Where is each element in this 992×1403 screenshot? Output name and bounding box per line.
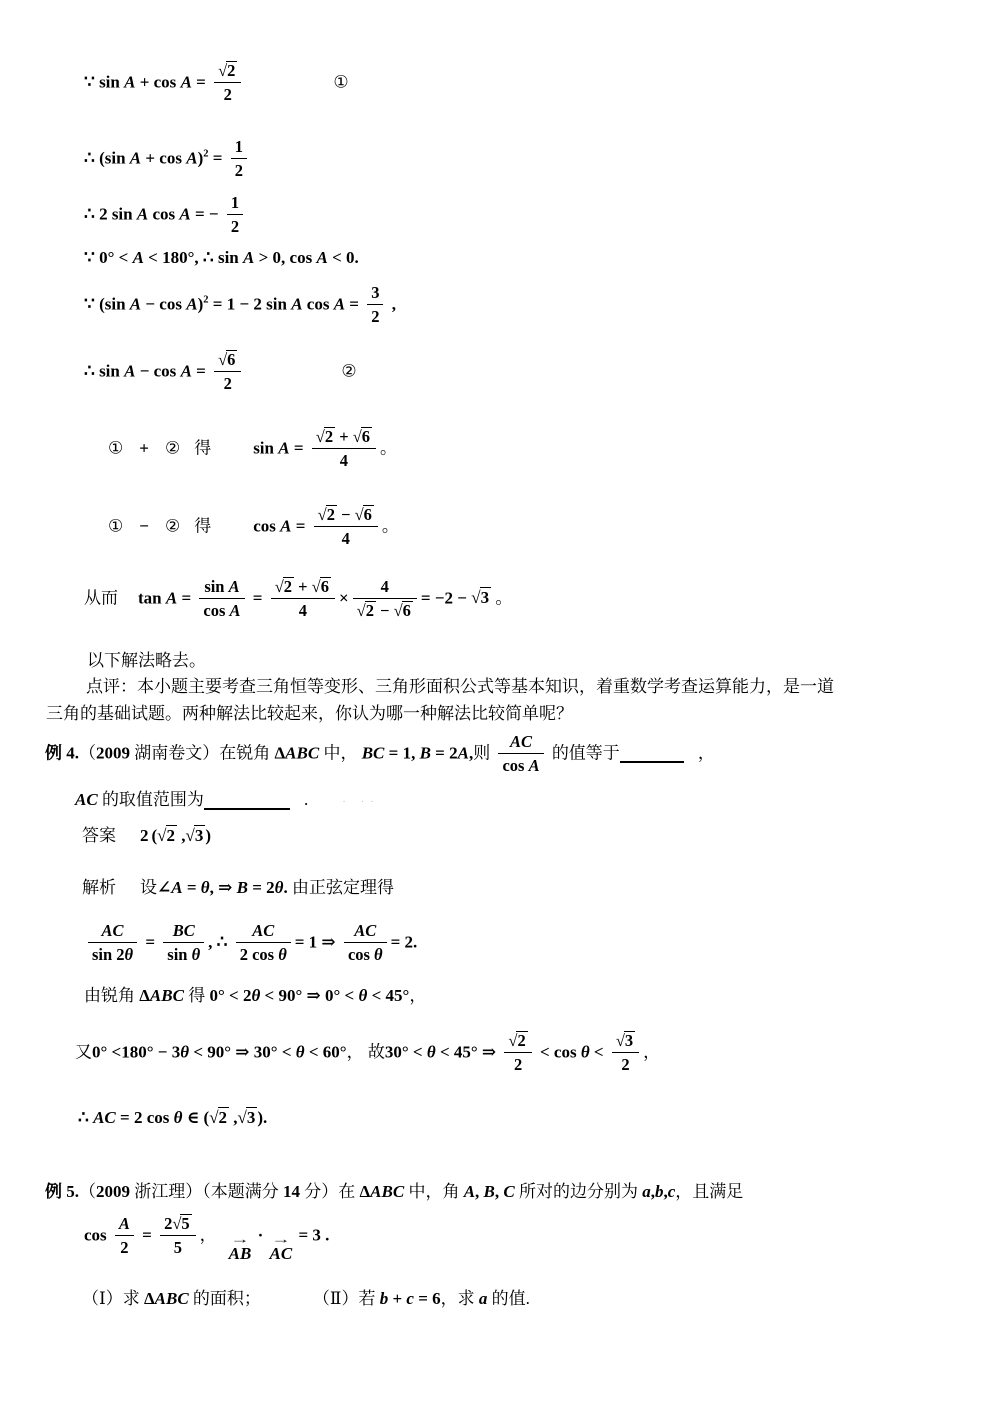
fraction-denominator: 2 — [367, 304, 383, 328]
fraction: √32 — [612, 1030, 639, 1077]
text-run: 分）在 — [304, 1182, 359, 1201]
math-text: 2009 — [96, 1182, 134, 1201]
math-text: > 0, cos — [254, 248, 316, 267]
fraction-denominator: √2 − √6 — [353, 598, 417, 622]
math-variable: θ — [374, 945, 383, 964]
spacer — [217, 1239, 227, 1240]
text-run: 由正弦定理得 — [288, 878, 394, 897]
math-variable: A — [124, 72, 135, 91]
fraction-numerator: √2 — [504, 1030, 531, 1052]
fraction-denominator: 2 — [115, 1235, 134, 1259]
fraction-denominator: 4 — [314, 526, 378, 550]
eq-square-diff: ∵ (sin A − cos A)2 = 1 − 2 sin A cos A =… — [84, 282, 396, 329]
fraction: 12 — [231, 136, 247, 183]
math-variable: θ — [192, 945, 201, 964]
math-text: = — [138, 1225, 156, 1244]
fraction-numerator: BC — [163, 920, 204, 942]
sqrt-radical: √2 — [275, 576, 294, 597]
math-text: + — [335, 427, 353, 446]
math-text: ∵ 0° < — [84, 248, 133, 267]
math-variable: θ — [581, 1042, 590, 1061]
math-variable: A — [130, 294, 141, 313]
spacer — [116, 892, 140, 893]
sqrt-radical: √3 — [238, 1107, 258, 1129]
math-text: cos — [148, 204, 179, 223]
math-variable: c — [406, 1289, 414, 1308]
math-text: cos — [303, 294, 334, 313]
math-text: 2009 — [96, 743, 134, 762]
spacer — [290, 804, 304, 805]
math-text: ∴ 2 sin — [84, 204, 137, 223]
math-text: cos — [84, 1225, 111, 1244]
fraction-denominator: cos θ — [344, 942, 387, 966]
math-variable: θ — [180, 1042, 189, 1061]
text-run: ② — [165, 438, 180, 457]
eq-square-sum: ∴ (sin A + cos A)2 = 12 — [84, 136, 251, 183]
example4-answer: 答案2(√2 ,√3) — [82, 825, 211, 847]
text-run: 。 — [491, 588, 512, 607]
math-text: + — [388, 1289, 406, 1308]
math-text: ) — [205, 826, 211, 845]
math-text: < — [590, 1042, 608, 1061]
math-text: ∵ sin — [84, 72, 124, 91]
fraction-denominator: 4 — [312, 448, 376, 472]
example4-stem: 例 4.（2009 湖南卷文）在锐角 ΔABC 中， BC = 1, B = 2… — [45, 731, 715, 778]
math-text: 2 — [371, 307, 379, 326]
spacer — [211, 452, 253, 453]
math-text: , — [177, 826, 186, 845]
radicand: 6 — [402, 601, 413, 620]
math-variable: C — [503, 1182, 514, 1201]
radicand: 2 — [326, 505, 337, 524]
fraction-denominator: sin 2θ — [88, 942, 137, 966]
math-text: = 2 cos — [116, 1108, 174, 1127]
sqrt-radical: √5 — [172, 1213, 191, 1234]
math-variable: ABC — [370, 1182, 404, 1201]
fraction: AC2 cos θ — [236, 920, 291, 967]
math-text: 2 — [224, 374, 232, 393]
fraction-numerator: 4 — [353, 576, 417, 598]
math-variable: A — [181, 72, 192, 91]
sqrt-radical: √6 — [218, 349, 237, 370]
math-text: 2 — [140, 826, 149, 845]
math-variable: θ — [278, 945, 287, 964]
math-variable: A — [458, 743, 469, 762]
text-run: ① — [333, 72, 348, 91]
fraction-denominator: 2 — [231, 158, 247, 182]
math-variable: BC — [362, 743, 385, 762]
math-text: < 0. — [328, 248, 359, 267]
math-text: ∴ — [78, 1108, 93, 1127]
sqrt-radical: √2 — [157, 825, 177, 847]
sqrt-radical: √2 — [209, 1107, 229, 1129]
math-text: Δ — [275, 743, 286, 762]
text-run: 得 — [184, 986, 210, 1005]
vector: →AB — [229, 1236, 252, 1262]
text-run: （Ⅱ）若 — [313, 1289, 380, 1308]
math-text: = 2 — [248, 878, 275, 897]
math-variable: a — [642, 1182, 651, 1201]
eq-ac-conclusion: ∴ AC = 2 cos θ ∈ (√2 ,√3). — [78, 1107, 267, 1129]
text-run: 中， — [319, 743, 362, 762]
sqrt-radical: √2 — [318, 504, 337, 525]
faint-marks: · ·· — [342, 796, 380, 808]
text-run: . — [304, 790, 308, 809]
eq-solve-sin: ①+②得sin A = √2 + √64。 — [108, 426, 397, 473]
math-text: tan — [138, 588, 166, 607]
radicand: 2 — [283, 577, 294, 596]
fraction-denominator: 5 — [160, 1235, 196, 1259]
math-text: < cos — [536, 1042, 581, 1061]
math-variable: ABC — [150, 986, 184, 1005]
math-text: ∵ (sin — [84, 294, 130, 313]
spacer — [180, 452, 194, 453]
math-text: = 1 ⇒ — [295, 932, 340, 951]
radicand: 3 — [480, 587, 492, 607]
text-run: （ — [79, 743, 96, 762]
sqrt-radical: √2 — [357, 600, 376, 621]
math-text: + — [294, 577, 312, 596]
math-text: , ⇒ — [210, 878, 237, 897]
math-variable: A — [124, 361, 135, 380]
sqrt-radical: √6 — [353, 426, 372, 447]
radicand: 2 — [166, 825, 178, 845]
text-run: 浙江理）（本题满分 — [134, 1182, 283, 1201]
math-text: = — [290, 438, 308, 457]
text-run: ② — [341, 361, 356, 380]
math-text: + cos — [135, 72, 180, 91]
math-text: = — [291, 516, 309, 535]
fraction-denominator: 4 — [271, 598, 335, 622]
document-page: ∵ sin A + cos A = √22①∴ (sin A + cos A)2… — [0, 0, 992, 1403]
spacer — [149, 530, 165, 531]
math-text: = — [183, 878, 201, 897]
math-text: sin — [204, 577, 228, 596]
math-text: − cos — [135, 361, 180, 380]
math-variable: AC — [102, 921, 124, 940]
math-text: − — [337, 505, 355, 524]
fraction: √2 + √64 — [271, 576, 335, 623]
math-text: = 2. — [391, 932, 418, 951]
fraction-numerator: 2√5 — [160, 1213, 196, 1235]
math-text: 2 — [224, 85, 232, 104]
spacer — [684, 757, 698, 758]
math-variable: A — [278, 438, 289, 457]
text-run: ， — [698, 743, 715, 762]
text-run: 的值等于 — [548, 743, 620, 762]
math-text: 2 — [621, 1055, 629, 1074]
fraction-numerator: AC — [88, 920, 137, 942]
eq-acute-range-2: 又0° <180° − 3θ < 90° ⇒ 30° < θ < 60°， 故3… — [75, 1030, 660, 1077]
eq-sine-rule: ACsin 2θ = BCsin θ, ∴ AC2 cos θ= 1 ⇒ ACc… — [84, 920, 417, 967]
math-variable: θ — [251, 986, 260, 1005]
math-text: 0° <180° − 3 — [92, 1042, 180, 1061]
eq-acute-range-1: 由锐角 ΔABC 得 0° < 2θ < 90° ⇒ 0° < θ < 45°， — [84, 985, 426, 1007]
math-text: 1 — [231, 193, 239, 212]
math-text: , ∴ — [208, 932, 232, 951]
math-text: − cos — [141, 294, 186, 313]
fraction: √2 − √64 — [314, 504, 378, 551]
math-text: 4 — [340, 451, 348, 470]
math-text: cos — [502, 756, 528, 775]
math-text: < 180°, ∴ sin — [144, 248, 243, 267]
radicand: 3 — [624, 1031, 635, 1050]
fraction: ACsin 2θ — [88, 920, 137, 967]
fraction-numerator: sin A — [199, 576, 244, 598]
fraction-numerator: 1 — [227, 192, 243, 214]
math-text: = 1, — [384, 743, 419, 762]
text-run: ① — [108, 438, 123, 457]
spacer — [149, 452, 165, 453]
fraction: ACcos θ — [344, 920, 387, 967]
math-variable: A — [230, 601, 241, 620]
math-text: = — [192, 361, 210, 380]
text-run: 的面积； — [189, 1289, 261, 1308]
math-variable: A — [133, 248, 144, 267]
text-run: 得 — [194, 438, 211, 457]
math-text: cos — [348, 945, 374, 964]
math-variable: θ — [359, 986, 368, 1005]
text-run: ， — [200, 1225, 217, 1244]
radicand: 2 — [324, 427, 335, 446]
radicand: 2 — [516, 1031, 527, 1050]
math-text: − — [376, 601, 394, 620]
math-text: 4 — [299, 601, 307, 620]
math-text: cos — [253, 516, 280, 535]
math-variable: ABC — [285, 743, 319, 762]
math-variable: A — [280, 516, 291, 535]
text-run: 。 — [382, 516, 399, 535]
fraction-denominator: 2 — [612, 1052, 639, 1076]
math-text: sin — [253, 438, 278, 457]
radicand: 6 — [363, 505, 374, 524]
example4-stem-cont: AC 的取值范围为.· ·· — [75, 789, 380, 811]
math-text: < 90° ⇒ 0° < — [260, 986, 358, 1005]
fraction-numerator: AC — [236, 920, 291, 942]
fraction-numerator: AC — [344, 920, 387, 942]
math-text: 例 4. — [45, 743, 79, 762]
math-text: ∈ ( — [182, 1108, 209, 1127]
sqrt-radical: √6 — [394, 600, 413, 621]
math-text: 0° < 2 — [209, 986, 251, 1005]
math-text: 2 — [235, 161, 243, 180]
sqrt-radical: √3 — [471, 587, 491, 609]
spacer — [245, 375, 341, 376]
math-text: + cos — [141, 148, 186, 167]
eq-solve-tan: 从而tan A = sin Acos A = √2 + √64×4√2 − √6… — [84, 576, 512, 623]
radicand: 5 — [180, 1214, 191, 1233]
fraction-numerator: √3 — [612, 1030, 639, 1052]
text-run: ② — [165, 516, 180, 535]
math-variable: AC — [510, 732, 532, 751]
math-text: , — [229, 1108, 238, 1127]
fraction: √2 + √64 — [312, 426, 376, 473]
fraction-denominator: sin θ — [163, 942, 204, 966]
eq-given-sum: ∵ sin A + cos A = √22① — [84, 60, 349, 107]
eq-product: ∴ 2 sin A cos A = − 12 — [84, 192, 247, 239]
math-variable: A — [243, 248, 254, 267]
math-text: 14 — [283, 1182, 304, 1201]
radicand: 3 — [246, 1107, 258, 1127]
text-run: 所对的边分别为 — [515, 1182, 643, 1201]
eq-sign-analysis: ∵ 0° < A < 180°, ∴ sin A > 0, cos A < 0. — [84, 247, 359, 269]
text-run: 从而 — [84, 588, 118, 607]
math-text: < 60° — [305, 1042, 347, 1061]
fraction-numerator: 1 — [231, 136, 247, 158]
text-run: 又 — [75, 1042, 92, 1061]
example5-condition: cos A2 = 2√55，→AB · →AC = 3 . — [84, 1213, 329, 1262]
math-variable: AC — [75, 790, 98, 809]
math-text: = — [141, 932, 159, 951]
fraction-denominator: 2 — [214, 82, 241, 106]
radicand: 2 — [365, 601, 376, 620]
radicand: 2 — [226, 61, 237, 80]
math-variable: A — [229, 577, 240, 596]
math-text: Δ — [144, 1289, 155, 1308]
math-variable: B — [237, 878, 248, 897]
math-text: 3 — [371, 283, 379, 302]
fraction-numerator: √6 — [214, 349, 241, 371]
fraction-numerator: AC — [498, 731, 543, 753]
math-text: < 90° ⇒ 30° < — [189, 1042, 296, 1061]
math-variable: AC — [252, 921, 274, 940]
vector-arrow-icon: → — [271, 1236, 290, 1243]
math-text: ). — [257, 1108, 267, 1127]
answer-blank — [204, 793, 290, 810]
text-run: ，且满足 — [675, 1182, 743, 1201]
fraction-numerator: √2 + √6 — [271, 576, 335, 598]
fraction-denominator: 2 — [227, 214, 243, 238]
text-run: 则 — [473, 743, 494, 762]
text-run: 以下解法略去。 — [87, 651, 206, 670]
math-text: 2 — [120, 1238, 128, 1257]
math-text: = — [209, 148, 227, 167]
answer-blank — [620, 746, 684, 763]
math-variable: ABC — [155, 1289, 189, 1308]
text-run: 答案 — [82, 826, 116, 845]
comment-line-1: 点评：本小题主要考查三角恒等变形、三角形面积公式等基本知识，着重数学考查运算能力… — [86, 676, 834, 698]
math-variable: A — [186, 148, 197, 167]
text-run: 点评：本小题主要考查三角恒等变形、三角形面积公式等基本知识，着重数学考查运算能力… — [86, 677, 834, 696]
text-run: ，求 — [441, 1289, 479, 1308]
math-variable: A — [179, 204, 190, 223]
spacer — [308, 804, 342, 805]
text-run: 设 — [140, 878, 157, 897]
spacer — [180, 530, 194, 531]
math-variable: A — [186, 294, 197, 313]
math-text: ∴ sin — [84, 361, 124, 380]
math-text: = − — [191, 204, 223, 223]
spacer — [123, 530, 139, 531]
math-text: · — [253, 1225, 267, 1244]
sqrt-radical: √2 — [316, 426, 335, 447]
text-run: （Ⅰ）求 — [82, 1289, 144, 1308]
text-run: 的值. — [487, 1289, 530, 1308]
example5-stem: 例 5.（2009 浙江理）（本题满分 14 分）在 ΔABC 中，角 A, B… — [45, 1181, 743, 1203]
note-omitted: 以下解法略去。 — [87, 650, 206, 672]
math-variable: θ — [125, 945, 134, 964]
math-text: ∠ — [157, 878, 171, 897]
math-text: − — [139, 516, 149, 535]
math-text: 30° < — [385, 1042, 427, 1061]
sqrt-radical: √2 — [508, 1030, 527, 1051]
math-variable: θ — [427, 1042, 436, 1061]
spacer — [245, 86, 333, 87]
eq-solve-cos: ①−②得cos A = √2 − √64。 — [108, 504, 399, 551]
text-run: 由锐角 — [84, 986, 139, 1005]
math-text: 1 — [235, 137, 243, 156]
fraction: √22 — [214, 60, 241, 107]
math-variable: AC — [354, 921, 376, 940]
text-run: ， — [643, 1042, 660, 1061]
fraction-denominator: cos A — [498, 753, 543, 777]
radicand: 3 — [194, 825, 206, 845]
math-variable: A — [171, 878, 182, 897]
spacer — [116, 840, 140, 841]
text-run: 的取值范围为 — [98, 790, 204, 809]
math-text: = — [192, 72, 210, 91]
spacer — [211, 530, 253, 531]
math-text: 5 — [174, 1238, 182, 1257]
math-text: = −2 − — [421, 588, 471, 607]
comment-line-2: 三角的基础试题。两种解法比较起来，你认为哪一种解法比较简单呢？ — [46, 703, 573, 725]
fraction: √62 — [214, 349, 241, 396]
math-text: ∴ (sin — [84, 148, 130, 167]
fraction: √22 — [504, 1030, 531, 1077]
math-text: sin 2 — [92, 945, 125, 964]
math-text: 4 — [342, 529, 350, 548]
fraction-denominator: cos A — [199, 598, 244, 622]
radicand: 2 — [218, 1107, 230, 1127]
math-text: < 45° ⇒ — [436, 1042, 501, 1061]
example5-questions: （Ⅰ）求 ΔABC 的面积；（Ⅱ）若 b + c = 6，求 a 的值. — [82, 1288, 530, 1310]
math-text: = 6 — [414, 1289, 441, 1308]
math-variable: A — [130, 148, 141, 167]
math-text: sin — [167, 945, 191, 964]
math-text: Δ — [139, 986, 150, 1005]
math-variable: AC — [93, 1108, 116, 1127]
math-text: < 45° — [367, 986, 409, 1005]
math-text: cos — [203, 601, 229, 620]
fraction-denominator: 2 cos θ — [236, 942, 291, 966]
math-variable: A — [166, 588, 177, 607]
math-variable: A — [137, 204, 148, 223]
fraction-numerator: √2 — [214, 60, 241, 82]
fraction: ACcos A — [498, 731, 543, 778]
sqrt-radical: √2 — [218, 60, 237, 81]
math-variable: BC — [173, 921, 195, 940]
text-run: ① — [108, 516, 123, 535]
fraction-numerator: A — [115, 1213, 134, 1235]
math-text: = 2 — [431, 743, 458, 762]
fraction-numerator: √2 − √6 — [314, 504, 378, 526]
math-variable: B — [420, 743, 431, 762]
spacer — [123, 452, 139, 453]
example4-analysis-intro: 解析设∠A = θ, ⇒ B = 2θ. 由正弦定理得 — [82, 877, 394, 899]
math-text: = 1 − 2 sin — [209, 294, 292, 313]
math-text: = — [345, 294, 363, 313]
fraction: 4√2 − √6 — [353, 576, 417, 623]
fraction: sin Acos A — [199, 576, 244, 623]
fraction-numerator: √2 + √6 — [312, 426, 376, 448]
text-run: ， 故 — [347, 1042, 385, 1061]
text-run: 中，角 — [404, 1182, 464, 1201]
math-text: = — [177, 588, 195, 607]
text-run: 三角的基础试题。两种解法比较起来，你认为哪一种解法比较简单呢？ — [46, 704, 573, 723]
math-variable: b — [380, 1289, 389, 1308]
math-text: 2 — [514, 1055, 522, 1074]
math-variable: A — [529, 756, 540, 775]
